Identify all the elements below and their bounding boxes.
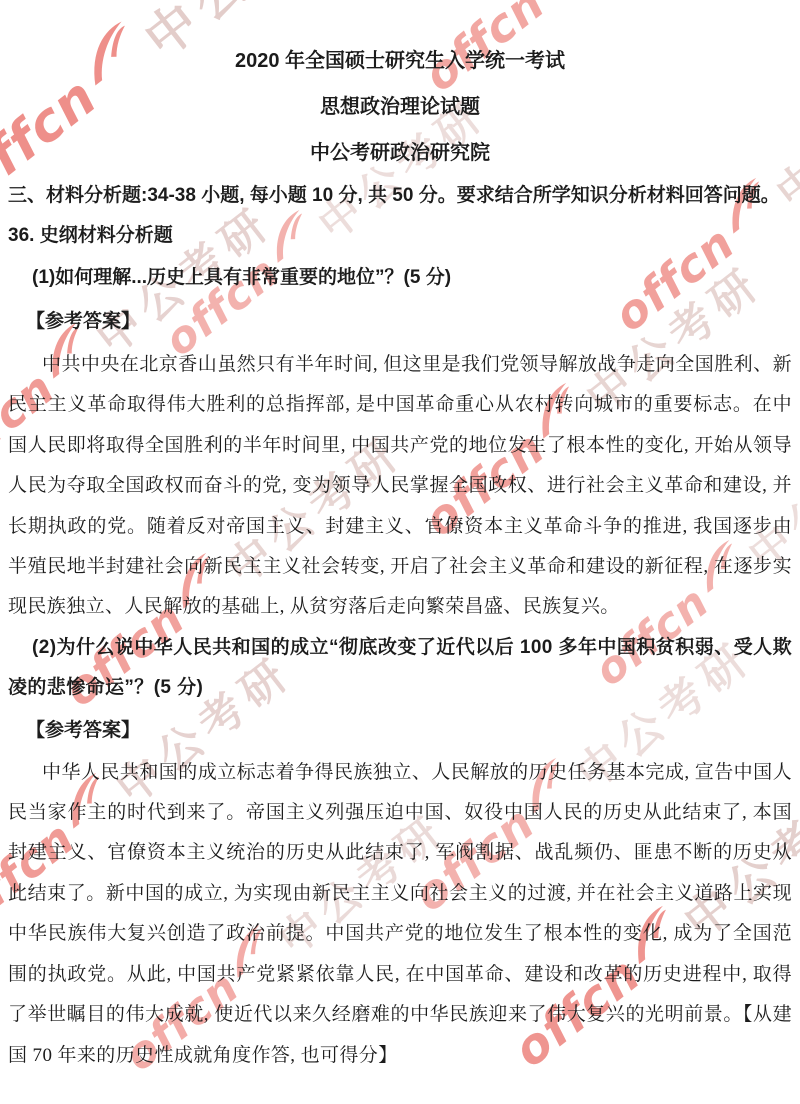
question-36-part2: (2)为什么说中华人民共和国的成立“彻底改变了近代以后 100 多年中国积贫积弱… [8,628,792,709]
question-36-heading: 36. 史纲材料分析题 [8,222,792,250]
document-content: 2020 年全国硕士研究生入学统一考试 思想政治理论试题 中公考研政治研究院 三… [0,0,800,1076]
paper-subject-title: 思想政治理论试题 [8,94,792,120]
exam-title: 2020 年全国硕士研究生入学统一考试 [8,48,792,74]
reference-answer-label-1: 【参考答案】 [8,308,792,336]
question-36-part1: (1)如何理解...历史上具有非常重要的地位”？(5 分) [8,264,792,292]
answer-paragraph-2: 中华人民共和国的成立标志着争得民族独立、人民解放的历史任务基本完成, 宣告中国人… [8,753,792,1076]
institute-name: 中公考研政治研究院 [8,140,792,166]
exam-paper-page: offcn中公考研offcn中公考研offcn中公考研offcn中公考研offc… [0,0,800,1104]
answer-paragraph-1: 中共中央在北京香山虽然只有半年时间, 但这里是我们党领导解放战争走向全国胜利、新… [8,345,792,628]
section-three-intro: 三、材料分析题:34-38 小题, 每小题 10 分, 共 50 分。要求结合所… [8,182,792,210]
reference-answer-label-2: 【参考答案】 [8,717,792,745]
